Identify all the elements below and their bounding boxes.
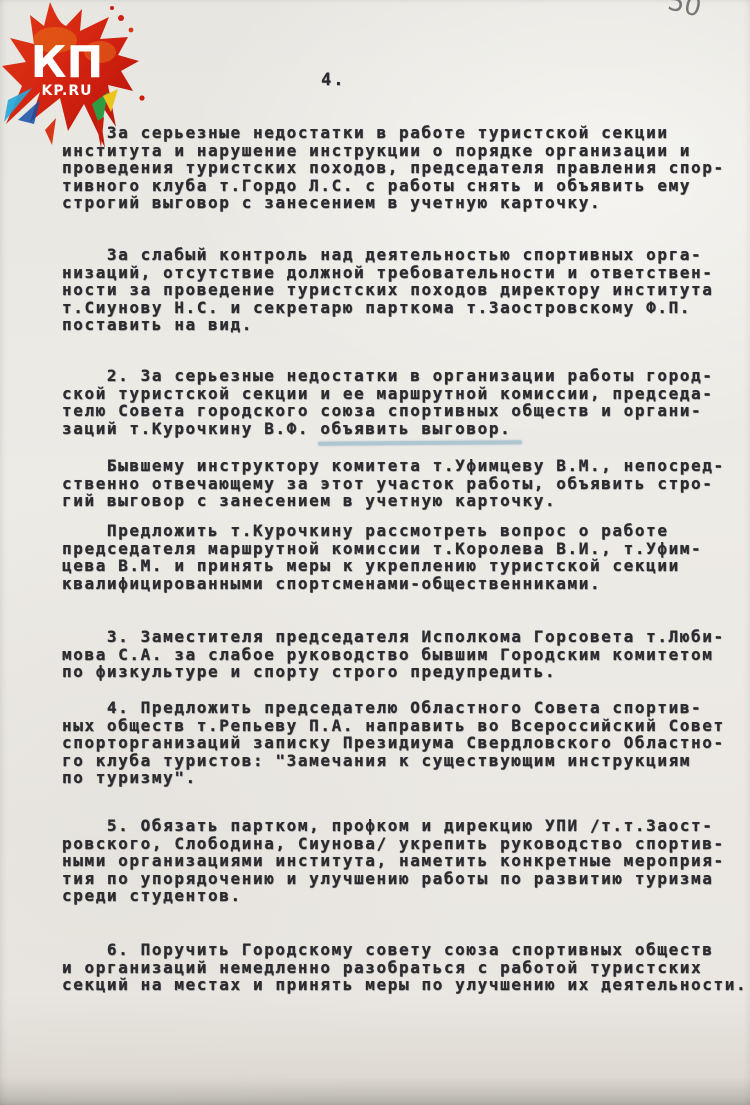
kpru-logo-text: KP.RU [41, 83, 92, 99]
page-number: 4. [321, 70, 345, 90]
paragraph-9: 6. Поручить Городскому совету союза спор… [62, 941, 722, 994]
pen-underline-mark [318, 440, 522, 445]
paragraph-3: 2. За серьезные недостатки в организации… [62, 367, 722, 437]
paragraph-8: 5. Обязать партком, профком и дирекцию У… [62, 817, 722, 905]
paragraph-2: За слабый контроль над деятельностью спо… [62, 246, 722, 334]
paragraph-4: Бывшему инструктору комитета т.Уфимцеву … [62, 457, 722, 510]
paragraph-5: Предложить т.Курочкину рассмотреть вопро… [62, 522, 722, 592]
handwritten-corner-note: 50 [665, 0, 704, 24]
paragraph-6: 3. Заместителя председателя Исполкома Го… [62, 628, 722, 681]
paragraph-1: За серьезные недостатки в работе туристс… [62, 124, 722, 212]
kp-logo-text: КП [31, 37, 104, 88]
paragraph-7: 4. Предложить председателю Областного Со… [62, 699, 722, 787]
